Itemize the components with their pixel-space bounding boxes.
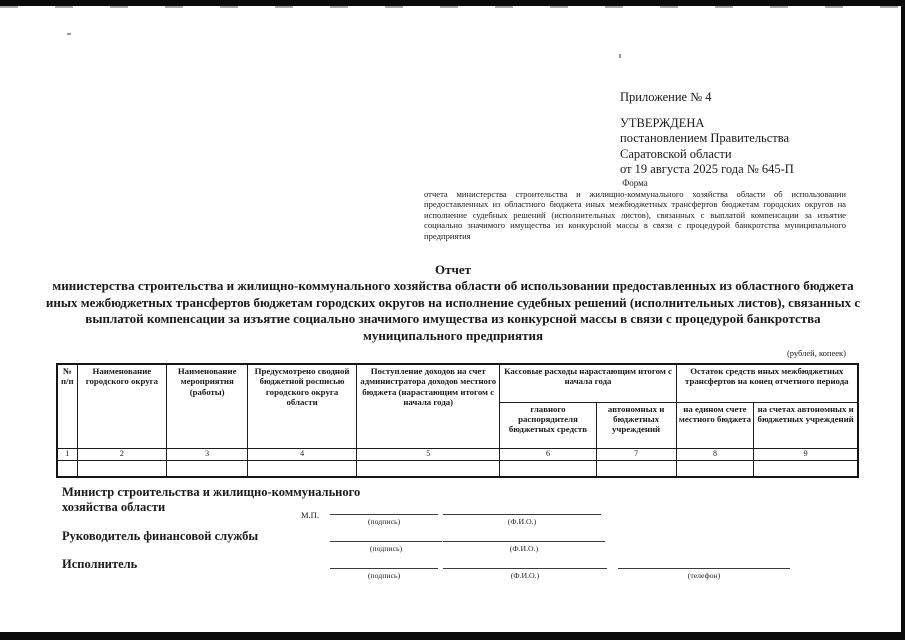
form-description: отчета министерства строительства и жили… (424, 189, 846, 241)
table-empty-cell (57, 460, 77, 477)
signature-line-minister-name: (Ф.И.О.) (443, 514, 601, 526)
document-page: Приложение № 4 УТВЕРЖДЕНА постановлением… (0, 0, 905, 640)
table-empty-cell (676, 460, 754, 477)
table-empty-cell (77, 460, 167, 477)
scan-artifact-top-bar (0, 0, 905, 6)
signature-line-finance-sign: (подпись) (330, 541, 442, 553)
table-empty-cell (500, 460, 596, 477)
approved-by-line: постановлением Правительства (620, 131, 885, 147)
report-table: № п/п Наименование городского округа Наи… (56, 363, 859, 478)
column-number: 5 (357, 448, 500, 460)
column-number: 8 (676, 448, 754, 460)
col-header-activity: Наименование мероприятия (работы) (167, 364, 248, 448)
signature-line-executor-sign: (подпись) (330, 568, 438, 580)
report-title-block: Отчет министерства строительства и жилищ… (37, 262, 869, 344)
col-header-income-receipt: Поступление доходов на счет администрато… (357, 364, 500, 448)
scan-artifact-bottom-bar (0, 632, 905, 640)
units-note: (рублей, копеек) (660, 348, 846, 358)
table-empty-cell (357, 460, 500, 477)
appendix-number: Приложение № 4 (620, 90, 885, 106)
column-number: 1 (57, 448, 77, 460)
col-header-chief-administrator: главного распорядителя бюджетных средств (500, 402, 596, 448)
group-header-cash-expenses: Кассовые расходы нарастающим итогом с на… (500, 364, 676, 402)
form-note-block: Форма отчета министерства строительства … (424, 178, 846, 241)
column-number: 6 (500, 448, 596, 460)
table-empty-cell (596, 460, 676, 477)
col-header-autonomous-institutions: автономных и бюджетных учреждений (596, 402, 676, 448)
signature-line-executor-phone: (телефон) (618, 568, 790, 580)
approved-by-line: от 19 августа 2025 года № 645-П (620, 162, 885, 178)
column-number: 7 (596, 448, 676, 460)
report-title-heading: Отчет (37, 262, 869, 278)
scan-speck (619, 54, 621, 58)
signature-line-finance-name: (Ф.И.О.) (443, 541, 605, 553)
column-number: 2 (77, 448, 167, 460)
col-header-budget-provision: Предусмотрено сводной бюджетной росписью… (248, 364, 357, 448)
stamp-placeholder: М.П. (301, 510, 319, 520)
signature-title-executor: Исполнитель (62, 557, 262, 572)
scan-artifact-right-edge (901, 0, 905, 640)
approved-label: УТВЕРЖДЕНА (620, 116, 885, 132)
column-number: 3 (167, 448, 248, 460)
group-header-remaining-funds: Остаток средств иных межбюджетных трансф… (676, 364, 858, 402)
signature-line-minister-sign: (подпись) (330, 514, 438, 526)
col-header-city-district: Наименование городского округа (77, 364, 167, 448)
signature-line-executor-name: (Ф.И.О.) (443, 568, 607, 580)
column-number: 9 (754, 448, 858, 460)
table-empty-cell (167, 460, 248, 477)
col-header-single-account: на едином счете местного бюджета (676, 402, 754, 448)
col-header-npp: № п/п (57, 364, 77, 448)
table-empty-cell (754, 460, 858, 477)
col-header-institution-accounts: на счетах автономных и бюджетных учрежде… (754, 402, 858, 448)
scan-speck (67, 33, 71, 35)
report-title-body: министерства строительства и жилищно-ком… (37, 278, 869, 344)
form-label: Форма (424, 178, 846, 189)
column-number: 4 (248, 448, 357, 460)
column-number-row: 1 2 3 4 5 6 7 8 9 (57, 448, 858, 460)
approved-by-line: Саратовской области (620, 147, 885, 163)
approval-block: Приложение № 4 УТВЕРЖДЕНА постановлением… (620, 90, 885, 178)
table-empty-data-row (57, 460, 858, 477)
table-empty-cell (248, 460, 357, 477)
